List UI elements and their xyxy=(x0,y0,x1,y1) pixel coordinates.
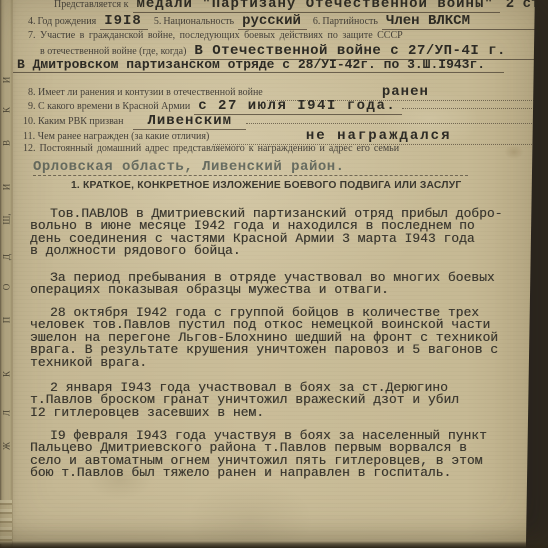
field-label: Год рождения xyxy=(38,16,97,27)
field-7-line1: 7. Участие в гражданской войне, последую… xyxy=(28,30,403,41)
margin-letter: И xyxy=(1,74,13,87)
field-label: Партийность xyxy=(322,16,378,27)
margin-letter: Ж xyxy=(1,440,13,453)
field-number: 5. xyxy=(154,16,162,27)
field-value-nationality: русский xyxy=(238,13,307,30)
page-stack-bottom-left xyxy=(0,500,12,544)
field-label: в отечественной войне (где, когда) xyxy=(40,46,186,57)
field-label: Представляется к xyxy=(54,0,129,10)
margin-letter: Ш, xyxy=(1,213,13,226)
feat-paragraph-5: I9 февраля I943 года участвуя в боях за … xyxy=(30,430,526,480)
field-value-previous-awards: не награждался xyxy=(306,128,452,144)
feat-paragraph-1: Тов.ПАВЛОВ в Дмитриевский партизанский о… xyxy=(30,208,526,258)
field-label: 7. Участие в гражданской войне, последую… xyxy=(28,30,403,41)
field-value: медали "Партизану Отечественной войны" xyxy=(133,0,500,13)
field-7-line3: В Дмитровском партизанском отряде с 28/У… xyxy=(13,57,504,73)
field-label: 8. Имеет ли ранения и контузии в отечест… xyxy=(28,87,263,98)
field-12-label: 12. Постоянный домашний адрес представля… xyxy=(23,143,399,154)
photo-dark-right-edge xyxy=(524,0,548,548)
field-label: 10. Каким РВК призван xyxy=(23,116,123,127)
margin-letter: К xyxy=(1,104,13,117)
body-line: бою т.Павлов был тяжело ранен и направле… xyxy=(30,467,526,479)
field-value-birth-year: I9I8 xyxy=(100,13,148,30)
feat-paragraph-2: За период пребывания в отряде участвовал… xyxy=(30,272,526,297)
feat-paragraph-4: 2 января I943 года участвовал в боях за … xyxy=(30,382,526,419)
body-line: в должности рядового бойца. xyxy=(30,245,526,257)
field-number: 4. xyxy=(28,16,36,27)
field-label: 9. С какого времени в Красной Армии xyxy=(28,101,190,112)
field-label: Национальность xyxy=(163,16,234,27)
section-heading: 1. КРАТКОЕ, КОНКРЕТНОЕ ИЗЛОЖЕНИЕ БОЕВОГО… xyxy=(71,180,461,191)
margin-letter: П xyxy=(1,314,13,327)
field-represent-to-medal: Представляется к медали "Партизану Отече… xyxy=(54,0,540,13)
body-line: операциях показывая образцы мужества и о… xyxy=(30,284,526,296)
field-12-value-row: Орловская область, Ливенский район. xyxy=(33,159,468,176)
field-row-4-5-6: 4. Год рождения I9I8 5. Национальность р… xyxy=(28,13,544,30)
field-value-home-address: Орловская область, Ливенский район. xyxy=(33,159,345,175)
margin-letter: И xyxy=(1,181,13,194)
feat-paragraph-3: 28 октября I942 года с группой бойцов в … xyxy=(30,307,526,369)
body-line: техникой врага. xyxy=(30,357,526,369)
body-line: I2 гитлеровцев засевших в нем. xyxy=(30,407,526,419)
margin-letter: К xyxy=(1,368,13,381)
field-label: 12. Постоянный домашний адрес представля… xyxy=(23,143,399,154)
scanned-award-document: И К В И Ш, Д О П К Л Ж Представляется к … xyxy=(0,0,548,548)
ruled-line xyxy=(246,123,544,124)
margin-letter: Л xyxy=(1,407,13,420)
field-value-party: Член ВЛКСМ xyxy=(382,13,544,30)
margin-letter: Д xyxy=(1,251,13,264)
margin-letter: О xyxy=(1,281,13,294)
field-number: 6. xyxy=(313,16,321,27)
ruled-line xyxy=(402,108,544,109)
field-value-partisan-detachment: В Дмитровском партизанском отряде с 28/У… xyxy=(13,57,504,73)
field-label: 11. Чем ранее награжден (за какие отличи… xyxy=(23,131,209,142)
margin-letter: В xyxy=(1,137,13,150)
photo-dark-bottom-edge xyxy=(0,541,548,548)
